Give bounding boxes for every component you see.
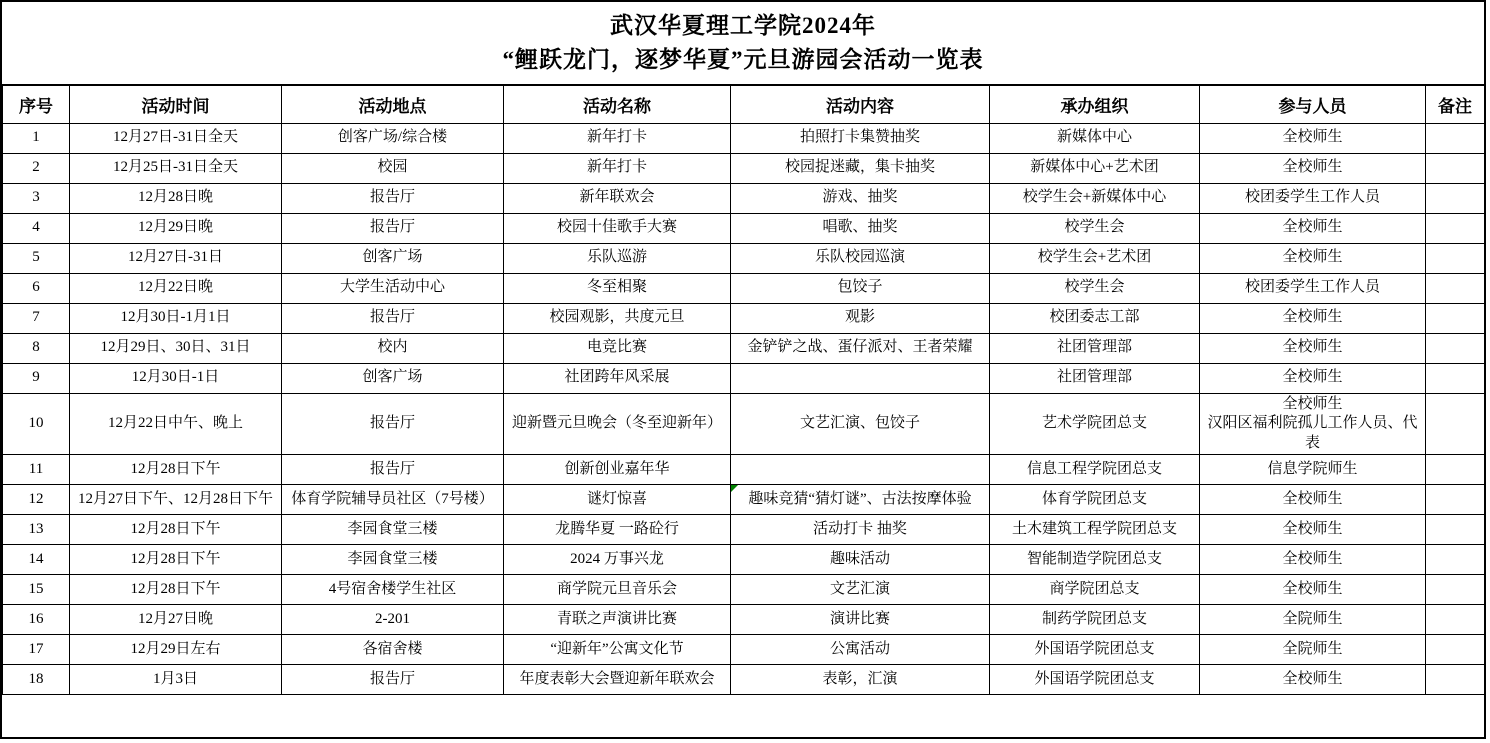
- table-row: 1312月28日下午李园食堂三楼龙腾华夏 一路砼行活动打卡 抽奖土木建筑工程学院…: [3, 515, 1485, 545]
- cell-organizer: 校团委志工部: [990, 303, 1200, 333]
- cell-no: 16: [3, 605, 70, 635]
- cell-organizer: 商学院团总支: [990, 575, 1200, 605]
- table-row: 1112月28日下午报告厅创新创业嘉年华信息工程学院团总支信息学院师生: [3, 455, 1485, 485]
- document-title-block: 武汉华夏理工学院2024年 “鲤跃龙门，逐梦华夏”元旦游园会活动一览表: [2, 2, 1484, 84]
- excel-error-indicator-icon: [731, 485, 738, 492]
- cell-name: 2024 万事兴龙: [504, 545, 731, 575]
- cell-time: 12月28日下午: [70, 575, 282, 605]
- cell-content: [731, 455, 990, 485]
- cell-time: 12月28日下午: [70, 545, 282, 575]
- cell-location: 创客广场/综合楼: [282, 123, 504, 153]
- cell-name: 校园观影，共度元旦: [504, 303, 731, 333]
- cell-content: 表彰，汇演: [731, 665, 990, 695]
- table-row: 212月25日-31日全天校园新年打卡校园捉迷藏，集卡抽奖新媒体中心+艺术团全校…: [3, 153, 1485, 183]
- cell-no: 8: [3, 333, 70, 363]
- cell-name: “迎新年”公寓文化节: [504, 635, 731, 665]
- cell-remark: [1426, 515, 1485, 545]
- cell-no: 1: [3, 123, 70, 153]
- cell-name: 电竞比赛: [504, 333, 731, 363]
- cell-no: 11: [3, 455, 70, 485]
- cell-organizer: 社团管理部: [990, 363, 1200, 393]
- cell-remark: [1426, 333, 1485, 363]
- header-time: 活动时间: [70, 85, 282, 123]
- cell-content: 观影: [731, 303, 990, 333]
- cell-location: 2-201: [282, 605, 504, 635]
- cell-no: 4: [3, 213, 70, 243]
- cell-time: 12月30日-1日: [70, 363, 282, 393]
- table-row: 312月28日晚报告厅新年联欢会游戏、抽奖校学生会+新媒体中心校团委学生工作人员: [3, 183, 1485, 213]
- cell-content: 公寓活动: [731, 635, 990, 665]
- cell-time: 12月28日下午: [70, 455, 282, 485]
- table-row: 1012月22日中午、晚上报告厅迎新暨元旦晚会（冬至迎新年）文艺汇演、包饺子艺术…: [3, 393, 1485, 455]
- cell-location: 各宿舍楼: [282, 635, 504, 665]
- cell-organizer: 艺术学院团总支: [990, 393, 1200, 455]
- cell-organizer: 智能制造学院团总支: [990, 545, 1200, 575]
- cell-remark: [1426, 485, 1485, 515]
- cell-location: 大学生活动中心: [282, 273, 504, 303]
- cell-participants: 信息学院师生: [1200, 455, 1426, 485]
- table-row: 912月30日-1日创客广场社团跨年风采展社团管理部全校师生: [3, 363, 1485, 393]
- table-row: 412月29日晚报告厅校园十佳歌手大赛唱歌、抽奖校学生会全校师生: [3, 213, 1485, 243]
- header-organizer: 承办组织: [990, 85, 1200, 123]
- cell-organizer: 新媒体中心: [990, 123, 1200, 153]
- cell-no: 7: [3, 303, 70, 333]
- cell-name: 谜灯惊喜: [504, 485, 731, 515]
- cell-time: 12月29日左右: [70, 635, 282, 665]
- cell-no: 14: [3, 545, 70, 575]
- cell-remark: [1426, 575, 1485, 605]
- cell-location: 报告厅: [282, 183, 504, 213]
- table-header-row: 序号 活动时间 活动地点 活动名称 活动内容 承办组织 参与人员 备注: [3, 85, 1485, 123]
- table-header: 序号 活动时间 活动地点 活动名称 活动内容 承办组织 参与人员 备注: [3, 85, 1485, 123]
- spreadsheet-page: 武汉华夏理工学院2024年 “鲤跃龙门，逐梦华夏”元旦游园会活动一览表 序号 活…: [0, 0, 1486, 739]
- cell-time: 12月28日晚: [70, 183, 282, 213]
- table-row: 1412月28日下午李园食堂三楼2024 万事兴龙趣味活动智能制造学院团总支全校…: [3, 545, 1485, 575]
- cell-name: 龙腾华夏 一路砼行: [504, 515, 731, 545]
- cell-name: 新年打卡: [504, 123, 731, 153]
- cell-organizer: 土木建筑工程学院团总支: [990, 515, 1200, 545]
- cell-time: 12月27日-31日全天: [70, 123, 282, 153]
- document-title-line2: “鲤跃龙门，逐梦华夏”元旦游园会活动一览表: [503, 46, 984, 74]
- table-row: 112月27日-31日全天创客广场/综合楼新年打卡拍照打卡集赞抽奖新媒体中心全校…: [3, 123, 1485, 153]
- cell-participants: 全校师生: [1200, 153, 1426, 183]
- cell-participants: 全校师生: [1200, 515, 1426, 545]
- cell-no: 13: [3, 515, 70, 545]
- cell-location: 报告厅: [282, 665, 504, 695]
- cell-remark: [1426, 605, 1485, 635]
- cell-remark: [1426, 183, 1485, 213]
- header-content: 活动内容: [731, 85, 990, 123]
- cell-location: 李园食堂三楼: [282, 545, 504, 575]
- cell-remark: [1426, 393, 1485, 455]
- cell-remark: [1426, 243, 1485, 273]
- cell-organizer: 校学生会: [990, 273, 1200, 303]
- cell-participants: 全校师生: [1200, 123, 1426, 153]
- cell-time: 12月27日下午、12月28日下午: [70, 485, 282, 515]
- cell-participants: 全校师生: [1200, 485, 1426, 515]
- header-no: 序号: [3, 85, 70, 123]
- table-row: 612月22日晚大学生活动中心冬至相聚包饺子校学生会校团委学生工作人员: [3, 273, 1485, 303]
- cell-content: [731, 363, 990, 393]
- cell-remark: [1426, 303, 1485, 333]
- cell-participants: 全校师生: [1200, 213, 1426, 243]
- table-row: 1212月27日下午、12月28日下午体育学院辅导员社区（7号楼）谜灯惊喜趣味竞…: [3, 485, 1485, 515]
- cell-organizer: 制药学院团总支: [990, 605, 1200, 635]
- cell-content: 活动打卡 抽奖: [731, 515, 990, 545]
- cell-time: 1月3日: [70, 665, 282, 695]
- header-name: 活动名称: [504, 85, 731, 123]
- cell-organizer: 体育学院团总支: [990, 485, 1200, 515]
- cell-remark: [1426, 363, 1485, 393]
- cell-name: 青联之声演讲比赛: [504, 605, 731, 635]
- cell-location: 校内: [282, 333, 504, 363]
- cell-participants: 全院师生: [1200, 605, 1426, 635]
- cell-remark: [1426, 635, 1485, 665]
- cell-location: 报告厅: [282, 213, 504, 243]
- cell-time: 12月28日下午: [70, 515, 282, 545]
- cell-organizer: 校学生会+艺术团: [990, 243, 1200, 273]
- cell-location: 创客广场: [282, 363, 504, 393]
- cell-participants: 全校师生: [1200, 575, 1426, 605]
- table-body: 112月27日-31日全天创客广场/综合楼新年打卡拍照打卡集赞抽奖新媒体中心全校…: [3, 123, 1485, 695]
- cell-content: 文艺汇演、包饺子: [731, 393, 990, 455]
- header-participants: 参与人员: [1200, 85, 1426, 123]
- cell-remark: [1426, 455, 1485, 485]
- cell-organizer: 信息工程学院团总支: [990, 455, 1200, 485]
- cell-content: 演讲比赛: [731, 605, 990, 635]
- cell-name: 年度表彰大会暨迎新年联欢会: [504, 665, 731, 695]
- cell-content: 文艺汇演: [731, 575, 990, 605]
- cell-content: 校园捉迷藏，集卡抽奖: [731, 153, 990, 183]
- cell-remark: [1426, 273, 1485, 303]
- cell-time: 12月27日晚: [70, 605, 282, 635]
- cell-name: 创新创业嘉年华: [504, 455, 731, 485]
- cell-location: 体育学院辅导员社区（7号楼）: [282, 485, 504, 515]
- cell-location: 4号宿舍楼学生社区: [282, 575, 504, 605]
- cell-name: 迎新暨元旦晚会（冬至迎新年）: [504, 393, 731, 455]
- cell-time: 12月27日-31日: [70, 243, 282, 273]
- cell-participants: 全校师生: [1200, 243, 1426, 273]
- cell-remark: [1426, 153, 1485, 183]
- cell-time: 12月29日晚: [70, 213, 282, 243]
- cell-participants: 校团委学生工作人员: [1200, 183, 1426, 213]
- cell-no: 15: [3, 575, 70, 605]
- table-row: 1612月27日晚2-201青联之声演讲比赛演讲比赛制药学院团总支全院师生: [3, 605, 1485, 635]
- cell-content: 乐队校园巡演: [731, 243, 990, 273]
- cell-remark: [1426, 213, 1485, 243]
- cell-time: 12月29日、30日、31日: [70, 333, 282, 363]
- header-remark: 备注: [1426, 85, 1485, 123]
- cell-name: 冬至相聚: [504, 273, 731, 303]
- cell-name: 乐队巡游: [504, 243, 731, 273]
- cell-participants: 全校师生: [1200, 333, 1426, 363]
- header-location: 活动地点: [282, 85, 504, 123]
- cell-organizer: 新媒体中心+艺术团: [990, 153, 1200, 183]
- cell-organizer: 校学生会: [990, 213, 1200, 243]
- cell-participants: 全校师生: [1200, 363, 1426, 393]
- table-row: 512月27日-31日创客广场乐队巡游乐队校园巡演校学生会+艺术团全校师生: [3, 243, 1485, 273]
- cell-time: 12月22日晚: [70, 273, 282, 303]
- cell-no: 3: [3, 183, 70, 213]
- cell-name: 新年联欢会: [504, 183, 731, 213]
- cell-participants: 全院师生: [1200, 635, 1426, 665]
- cell-no: 10: [3, 393, 70, 455]
- table-row: 1712月29日左右各宿舍楼“迎新年”公寓文化节公寓活动外国语学院团总支全院师生: [3, 635, 1485, 665]
- table-row: 712月30日-1月1日报告厅校园观影，共度元旦观影校团委志工部全校师生: [3, 303, 1485, 333]
- cell-location: 报告厅: [282, 393, 504, 455]
- cell-content: 拍照打卡集赞抽奖: [731, 123, 990, 153]
- cell-time: 12月22日中午、晚上: [70, 393, 282, 455]
- cell-name: 新年打卡: [504, 153, 731, 183]
- table-row: 812月29日、30日、31日校内电竞比赛金铲铲之战、蛋仔派对、王者荣耀社团管理…: [3, 333, 1485, 363]
- cell-participants: 全校师生: [1200, 665, 1426, 695]
- cell-content: 唱歌、抽奖: [731, 213, 990, 243]
- cell-organizer: 校学生会+新媒体中心: [990, 183, 1200, 213]
- cell-name: 校园十佳歌手大赛: [504, 213, 731, 243]
- cell-no: 12: [3, 485, 70, 515]
- cell-organizer: 外国语学院团总支: [990, 635, 1200, 665]
- cell-participants: 校团委学生工作人员: [1200, 273, 1426, 303]
- document-title-line1: 武汉华夏理工学院2024年: [610, 12, 876, 40]
- cell-content: 趣味活动: [731, 545, 990, 575]
- table-row: 1512月28日下午4号宿舍楼学生社区商学院元旦音乐会文艺汇演商学院团总支全校师…: [3, 575, 1485, 605]
- cell-content: 包饺子: [731, 273, 990, 303]
- cell-remark: [1426, 123, 1485, 153]
- cell-location: 报告厅: [282, 303, 504, 333]
- cell-organizer: 外国语学院团总支: [990, 665, 1200, 695]
- table-row: 181月3日报告厅年度表彰大会暨迎新年联欢会表彰，汇演外国语学院团总支全校师生: [3, 665, 1485, 695]
- cell-no: 18: [3, 665, 70, 695]
- cell-remark: [1426, 545, 1485, 575]
- cell-remark: [1426, 665, 1485, 695]
- cell-participants: 全校师生: [1200, 545, 1426, 575]
- cell-time: 12月30日-1月1日: [70, 303, 282, 333]
- cell-participants: 全校师生: [1200, 303, 1426, 333]
- activity-table: 序号 活动时间 活动地点 活动名称 活动内容 承办组织 参与人员 备注 112月…: [2, 84, 1485, 695]
- cell-no: 5: [3, 243, 70, 273]
- cell-location: 李园食堂三楼: [282, 515, 504, 545]
- cell-no: 6: [3, 273, 70, 303]
- cell-no: 2: [3, 153, 70, 183]
- cell-organizer: 社团管理部: [990, 333, 1200, 363]
- cell-name: 社团跨年风采展: [504, 363, 731, 393]
- cell-participants: 全校师生 汉阳区福利院孤儿工作人员、代表: [1200, 393, 1426, 455]
- cell-time: 12月25日-31日全天: [70, 153, 282, 183]
- cell-location: 创客广场: [282, 243, 504, 273]
- cell-location: 校园: [282, 153, 504, 183]
- cell-location: 报告厅: [282, 455, 504, 485]
- cell-no: 9: [3, 363, 70, 393]
- cell-content: 游戏、抽奖: [731, 183, 990, 213]
- cell-name: 商学院元旦音乐会: [504, 575, 731, 605]
- cell-no: 17: [3, 635, 70, 665]
- cell-content: 金铲铲之战、蛋仔派对、王者荣耀: [731, 333, 990, 363]
- cell-content: 趣味竞猜“猜灯谜”、古法按摩体验: [731, 485, 990, 515]
